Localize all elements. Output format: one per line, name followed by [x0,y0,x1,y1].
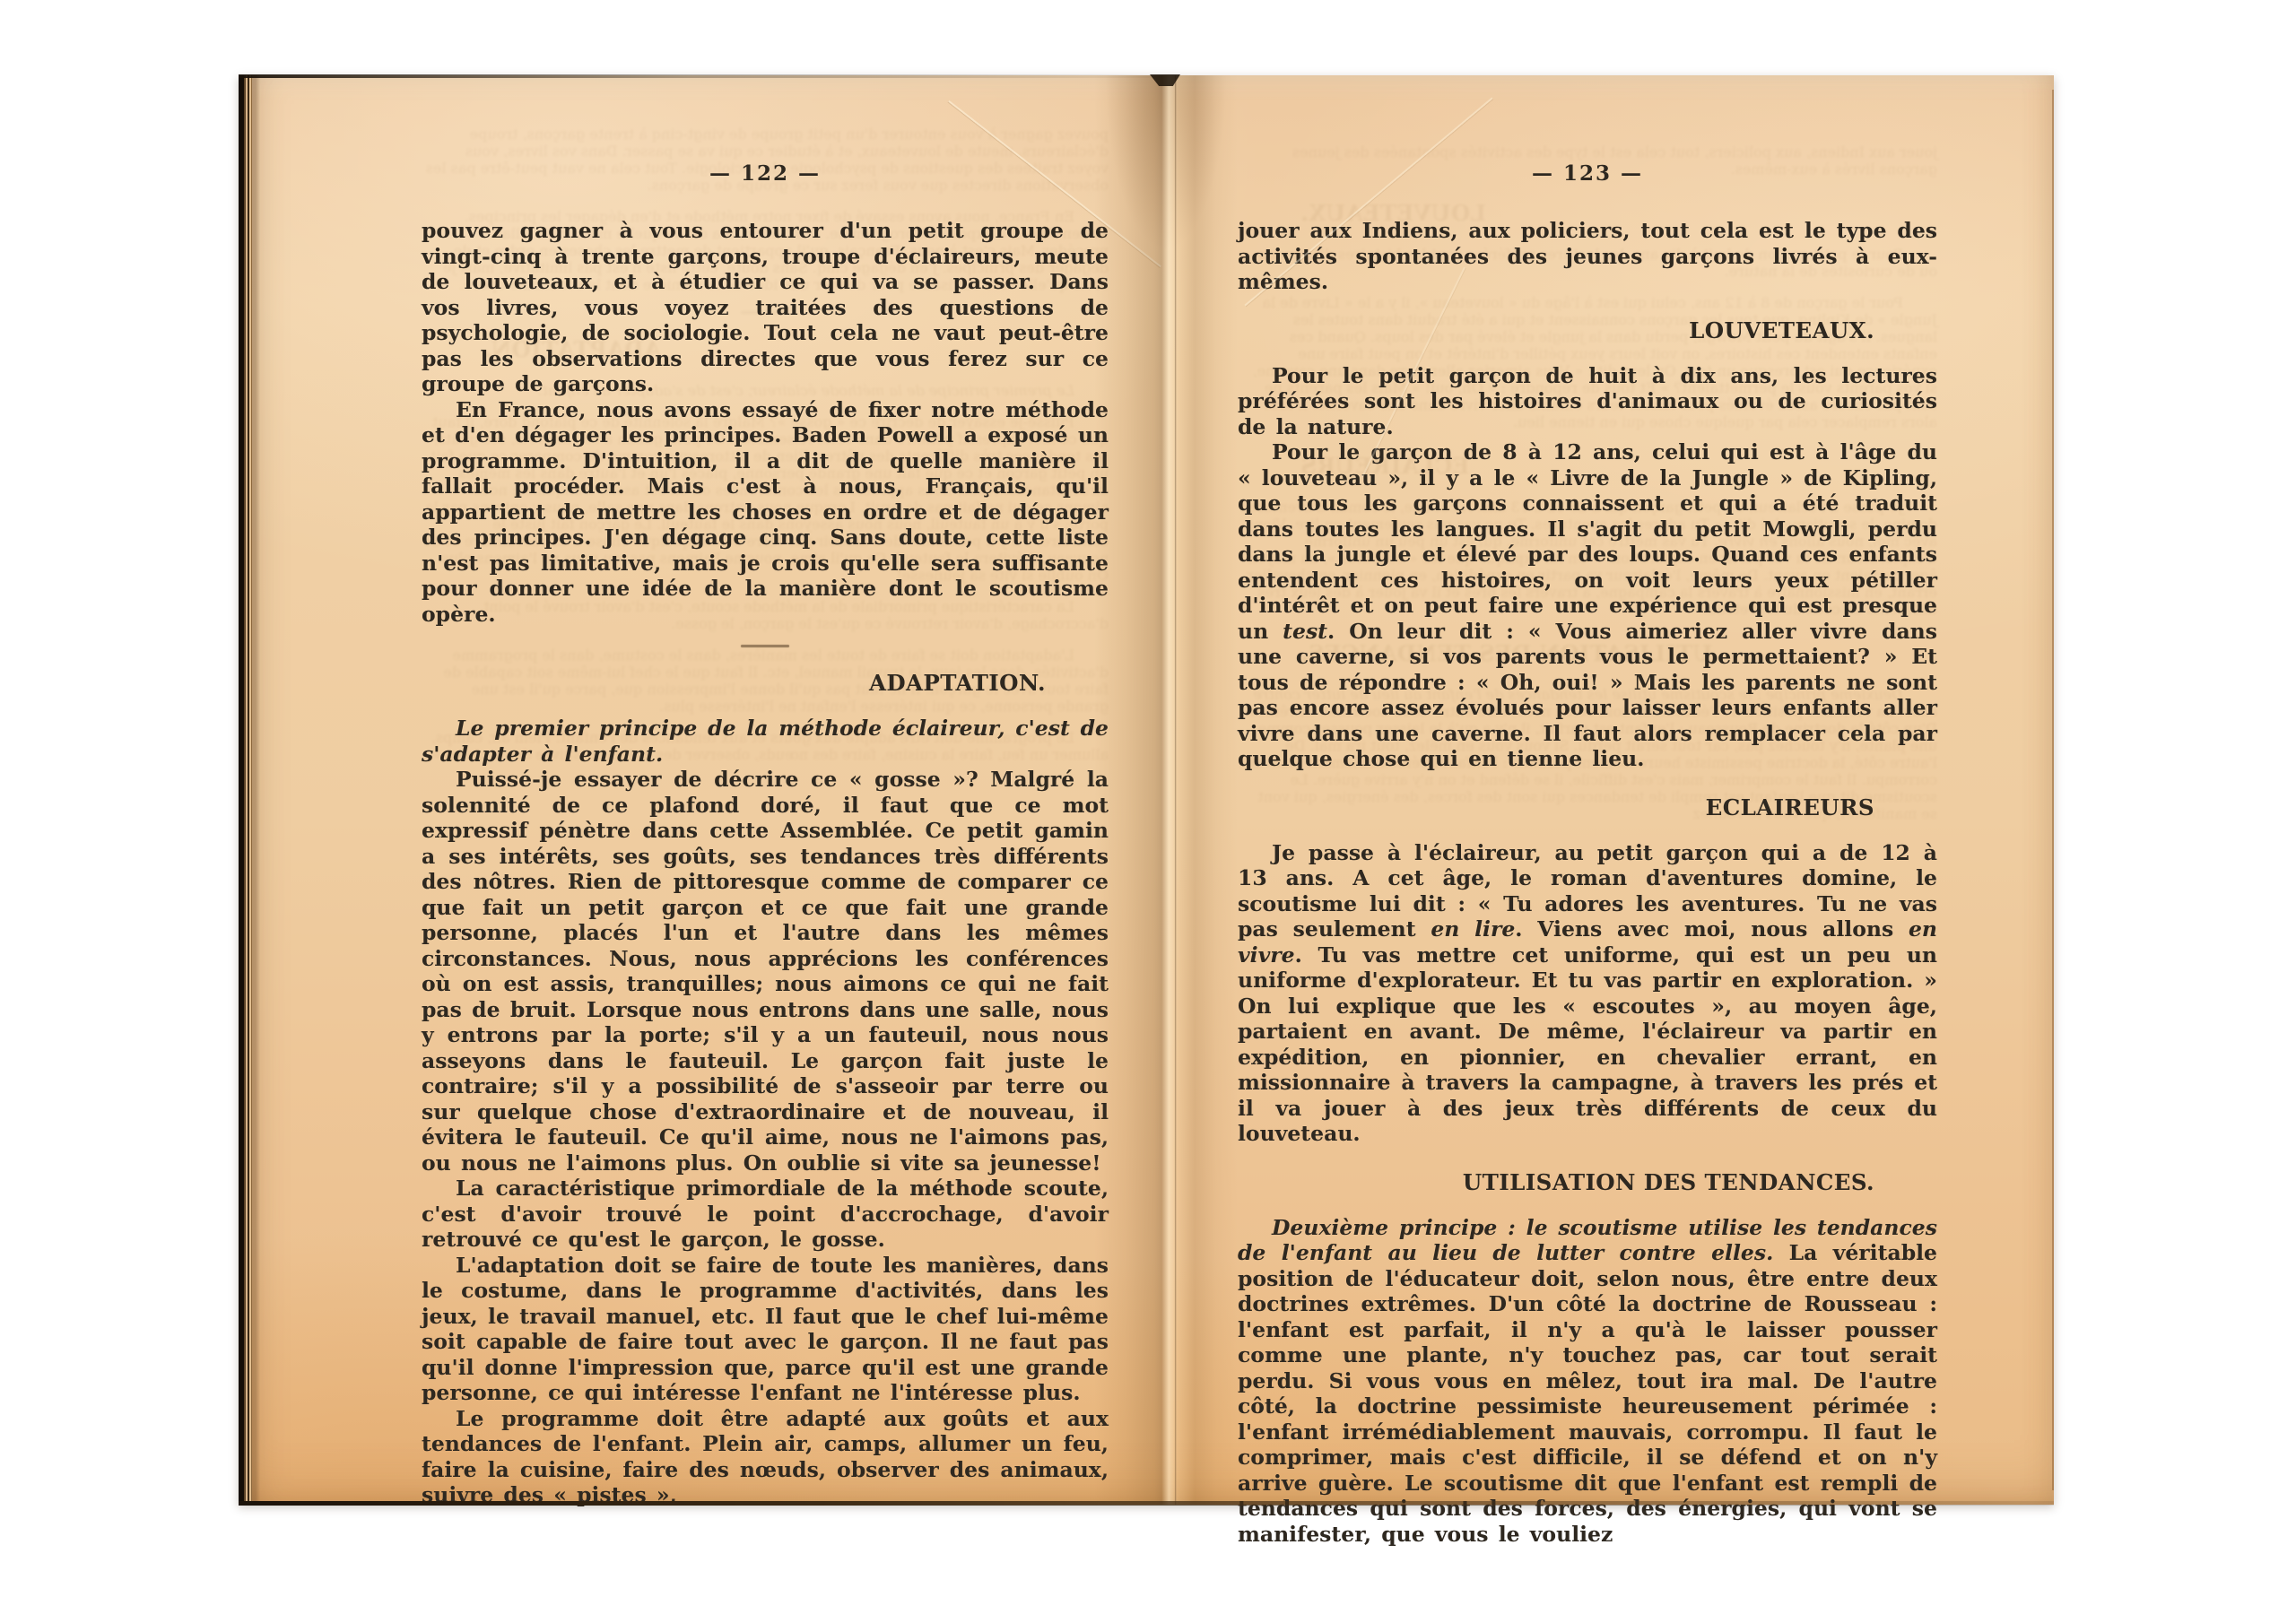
page-122: pouvez gagner à vous entourer d'un petit… [239,75,1166,1505]
paragraph: Puissé-je essayer de décrire ce « gosse … [422,767,1109,1176]
open-book: pouvez gagner à vous entourer d'un petit… [239,75,2054,1505]
section-heading: LOUVETEAUX. [1238,318,1874,343]
paragraph: L'adaptation doit se faire de toute les … [422,1253,1109,1406]
page-number: — 123 — [1238,161,1937,186]
section-heading: ADAPTATION. [422,671,1046,696]
paragraph: Je passe à l'éclaireur, au petit garçon … [1238,840,1937,1147]
book-bottom-edge [239,1501,2054,1506]
paragraph: Deuxième principe : le scoutisme utilise… [1238,1215,1937,1548]
page-content: — 122 — pouvez gagner à vous entourer d'… [422,161,1109,1508]
paragraph: Le premier principe de la méthode éclair… [422,716,1109,767]
page-content: — 123 — jouer aux Indiens, aux policiers… [1238,161,1937,1547]
page-number: — 122 — [422,161,1109,186]
book-right-edge [2052,90,2054,1490]
section-divider [741,645,789,647]
page-body: pouvez gagner à vous entourer d'un petit… [422,218,1109,1508]
paragraph: La caractéristique primordiale de la mét… [422,1176,1109,1253]
section-heading: UTILISATION DES TENDANCES. [1238,1170,1874,1195]
paragraph: jouer aux Indiens, aux policiers, tout c… [1238,218,1937,295]
book-top-edge [239,74,1364,78]
paragraph: pouvez gagner à vous entourer d'un petit… [422,218,1109,397]
paragraph: Le programme doit être adapté aux goûts … [422,1406,1109,1508]
book-left-edge [239,75,260,1505]
paragraph: Pour le petit garçon de huit à dix ans, … [1238,363,1937,440]
section-heading: ECLAIREURS [1238,795,1874,820]
paragraph: Pour le garçon de 8 à 12 ans, celui qui … [1238,439,1937,772]
book-scan: pouvez gagner à vous entourer d'un petit… [0,0,2296,1623]
page-123: jouer aux Indiens, aux policiers, tout c… [1166,75,2054,1505]
page-body: jouer aux Indiens, aux policiers, tout c… [1238,218,1937,1547]
paragraph: En France, nous avons essayé de fixer no… [422,397,1109,628]
